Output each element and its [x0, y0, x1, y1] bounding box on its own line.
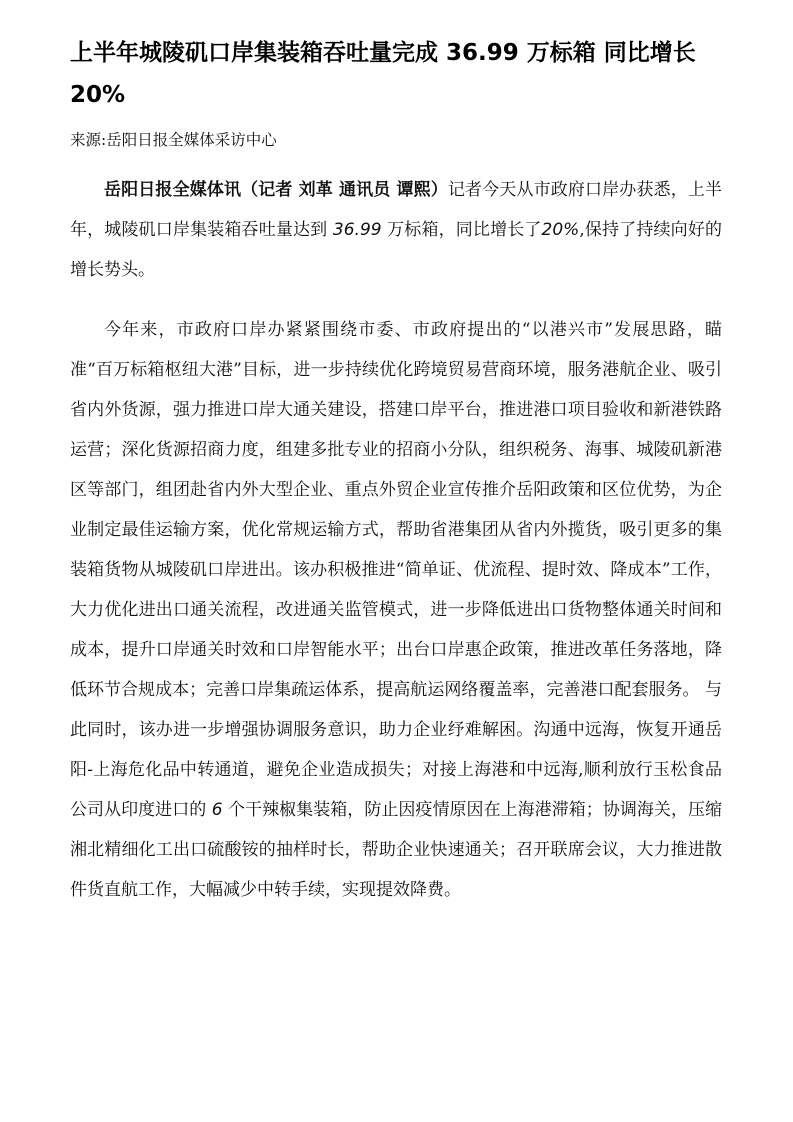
paragraph-2-text-a: 今年来，市政府口岸办紧紧围绕市委、市政府提出的“以港兴市”发展思路，瞄准“百万标…	[70, 320, 722, 820]
article: 上半年城陵矶口岸集装箱吞吐量完成 36.99 万标箱 同比增长 20% 来源:岳…	[70, 0, 722, 910]
growth-percent: 20%	[542, 220, 580, 240]
article-source: 来源:岳阳日报全媒体采访中心	[70, 128, 722, 152]
byline: 岳阳日报全媒体讯（记者 刘革 通讯员 谭熙）	[104, 180, 448, 200]
paragraph-1-text-b: 万标箱，同比增长了	[382, 220, 542, 240]
throughput-value: 36.99	[333, 220, 382, 240]
container-count: 6	[212, 800, 223, 820]
paragraph-1: 岳阳日报全媒体讯（记者 刘革 通讯员 谭熙）记者今天从市政府口岸办获悉，上半年，…	[70, 170, 722, 290]
paragraph-2: 今年来，市政府口岸办紧紧围绕市委、市政府提出的“以港兴市”发展思路，瞄准“百万标…	[70, 310, 722, 910]
article-title: 上半年城陵矶口岸集装箱吞吐量完成 36.99 万标箱 同比增长 20%	[70, 32, 722, 116]
